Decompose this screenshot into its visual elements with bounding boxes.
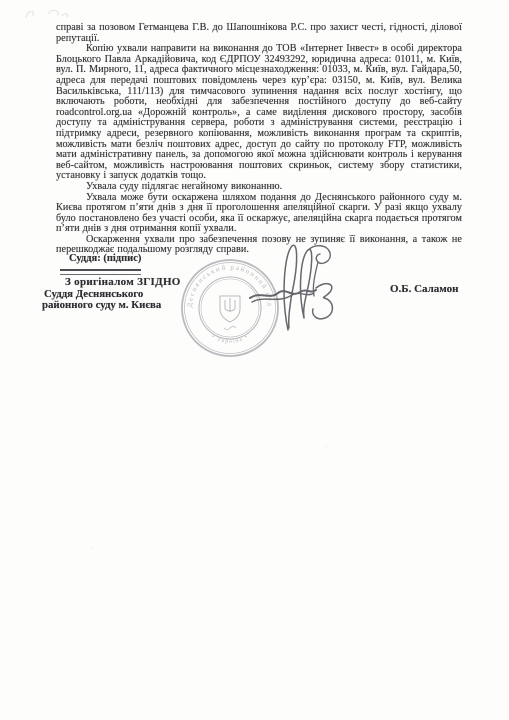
document-body: справі за позовом Гетманцева Г.В. до Шап… [56, 23, 462, 256]
judge-title-line2: районного суду м. Києва [42, 299, 161, 311]
paragraph-appeal-terms: Ухвала може бути оскаржена шляхом поданн… [56, 193, 462, 235]
trident-emblem [220, 296, 240, 330]
certified-true-copy-label: З оригіналом ЗГІДНО [65, 276, 181, 288]
paragraph-immediate-execution: Ухвала суду підлягає негайному виконанню… [56, 182, 462, 193]
judge-name: О.Б. Саламон [390, 283, 458, 295]
stamp-country-text: • Україна • [210, 333, 249, 345]
handwritten-signature [248, 236, 358, 340]
signature-rule-line [60, 269, 141, 275]
scanned-court-document-page: справі за позовом Гетманцева Г.В. до Шап… [0, 0, 509, 720]
paragraph-copy-order: Копію ухвали направити на виконання до Т… [56, 44, 462, 182]
svg-text:• Україна •: • Україна • [210, 333, 249, 345]
judge-signature-label: Суддя: (підпис) [69, 253, 141, 264]
paragraph-continuation: справі за позовом Гетманцева Г.В. до Шап… [56, 23, 462, 44]
